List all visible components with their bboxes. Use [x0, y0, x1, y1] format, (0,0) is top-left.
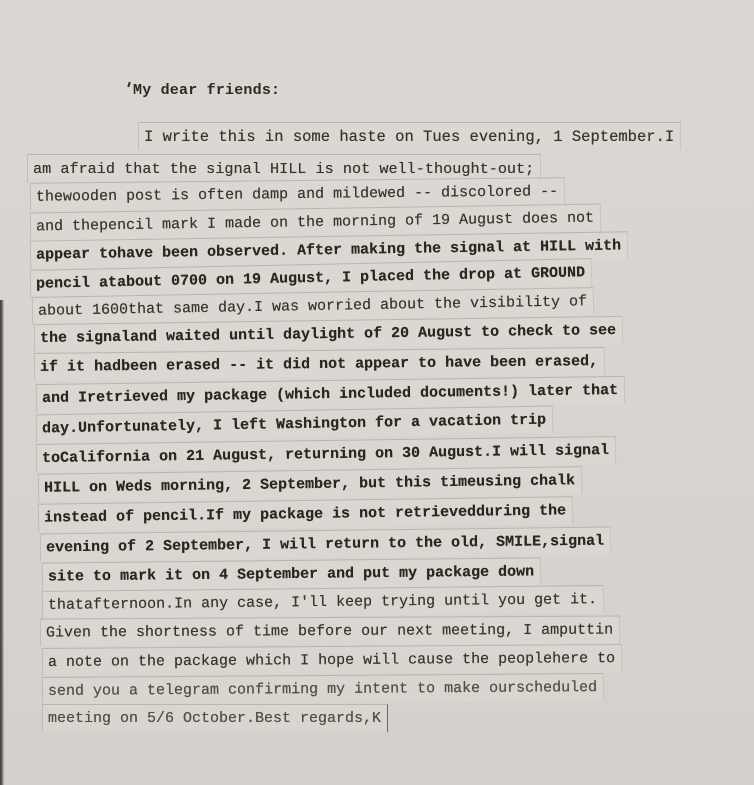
typewriter-mark	[127, 82, 131, 87]
letter-line: a note on the package which I hope will …	[42, 644, 622, 676]
page-edge-shadow	[0, 300, 4, 785]
letter-line: if it hadbeen erased -- it did not appea…	[34, 347, 605, 381]
typed-letter-page: My dear friends: I write this in some ha…	[0, 0, 754, 785]
letter-line: instead of pencil.If my package is not r…	[38, 496, 573, 531]
letter-line: I write this in some haste on Tues eveni…	[138, 122, 681, 150]
letter-line: meeting on 5/6 October.Best regards,K	[42, 704, 388, 732]
letter-salutation: My dear friends:	[133, 82, 280, 99]
letter-line: Given the shortness of time before our n…	[40, 615, 620, 646]
letter-line: thatafternoon.In any case, I'll keep try…	[42, 585, 604, 619]
letter-line: evening of 2 September, I will return to…	[40, 527, 611, 562]
letter-line: send you a telegram confirming my intent…	[42, 673, 604, 705]
